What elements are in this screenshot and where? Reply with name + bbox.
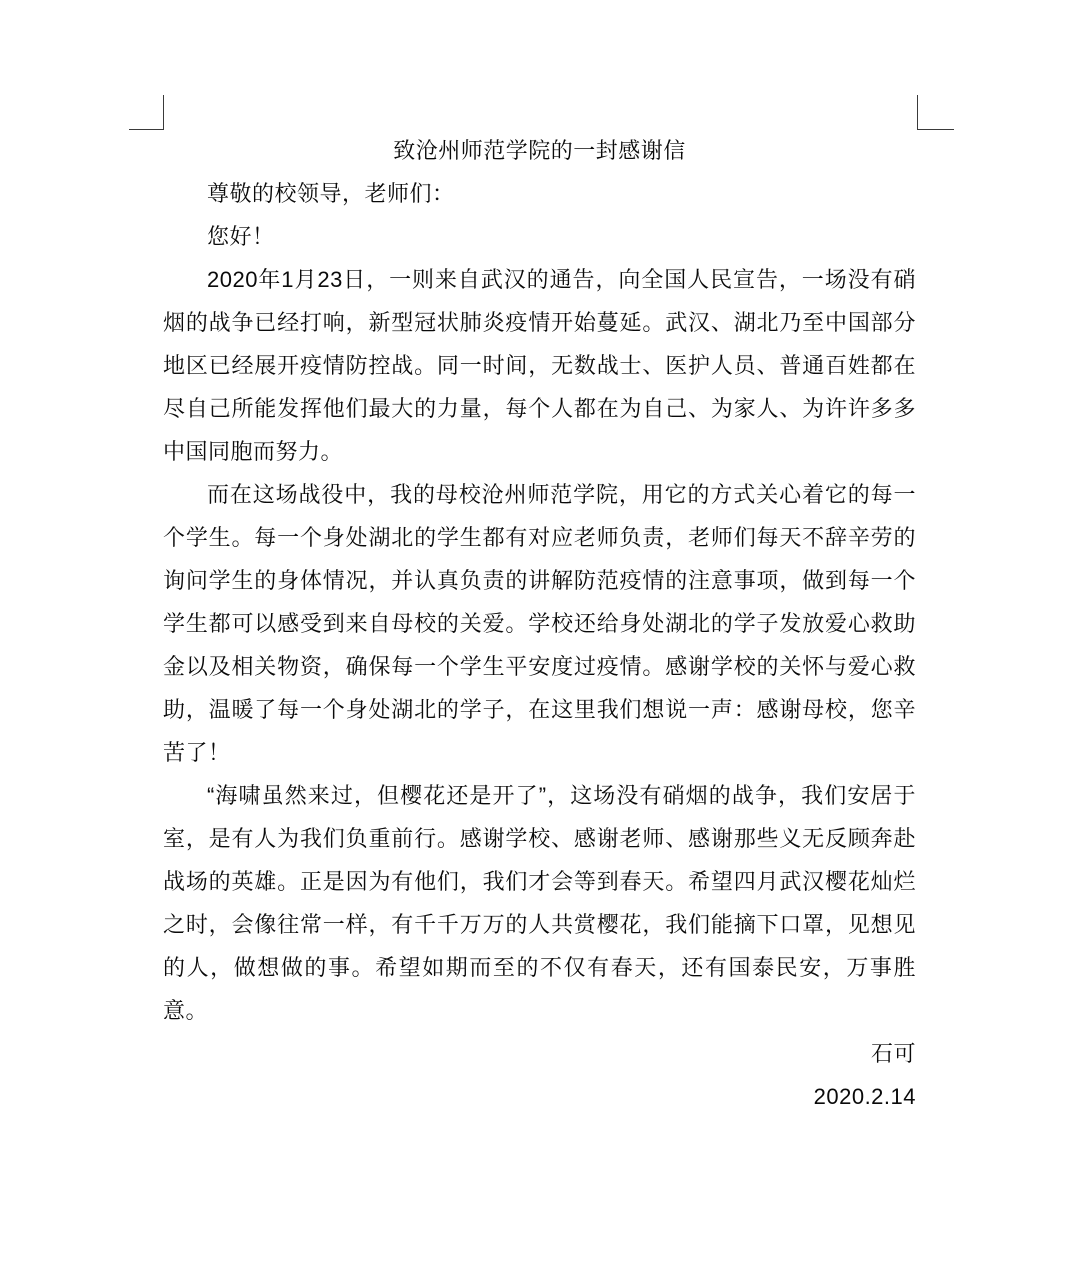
letter-signature-name: 石可	[163, 1032, 916, 1075]
margin-corner-top-right-icon	[917, 95, 954, 130]
letter-paragraph-1: 2020年1月23日，一则来自武汉的通告，向全国人民宣告，一场没有硝烟的战争已经…	[163, 258, 916, 473]
letter-paragraph-3: “海啸虽然来过，但樱花还是开了”，这场没有硝烟的战争，我们安居于室，是有人为我们…	[163, 774, 916, 1032]
letter-greeting: 您好！	[163, 215, 916, 258]
letter-salutation: 尊敬的校领导，老师们：	[163, 172, 916, 215]
letter-title: 致沧州师范学院的一封感谢信	[163, 129, 916, 172]
letter-paragraph-2: 而在这场战役中，我的母校沧州师范学院，用它的方式关心着它的每一个学生。每一个身处…	[163, 473, 916, 774]
letter-body: 致沧州师范学院的一封感谢信 尊敬的校领导，老师们： 您好！ 2020年1月23日…	[163, 129, 916, 1118]
document-page: 致沧州师范学院的一封感谢信 尊敬的校领导，老师们： 您好！ 2020年1月23日…	[0, 0, 1080, 1282]
letter-signature-date: 2020.2.14	[163, 1075, 916, 1118]
margin-corner-top-left-icon	[129, 95, 164, 130]
